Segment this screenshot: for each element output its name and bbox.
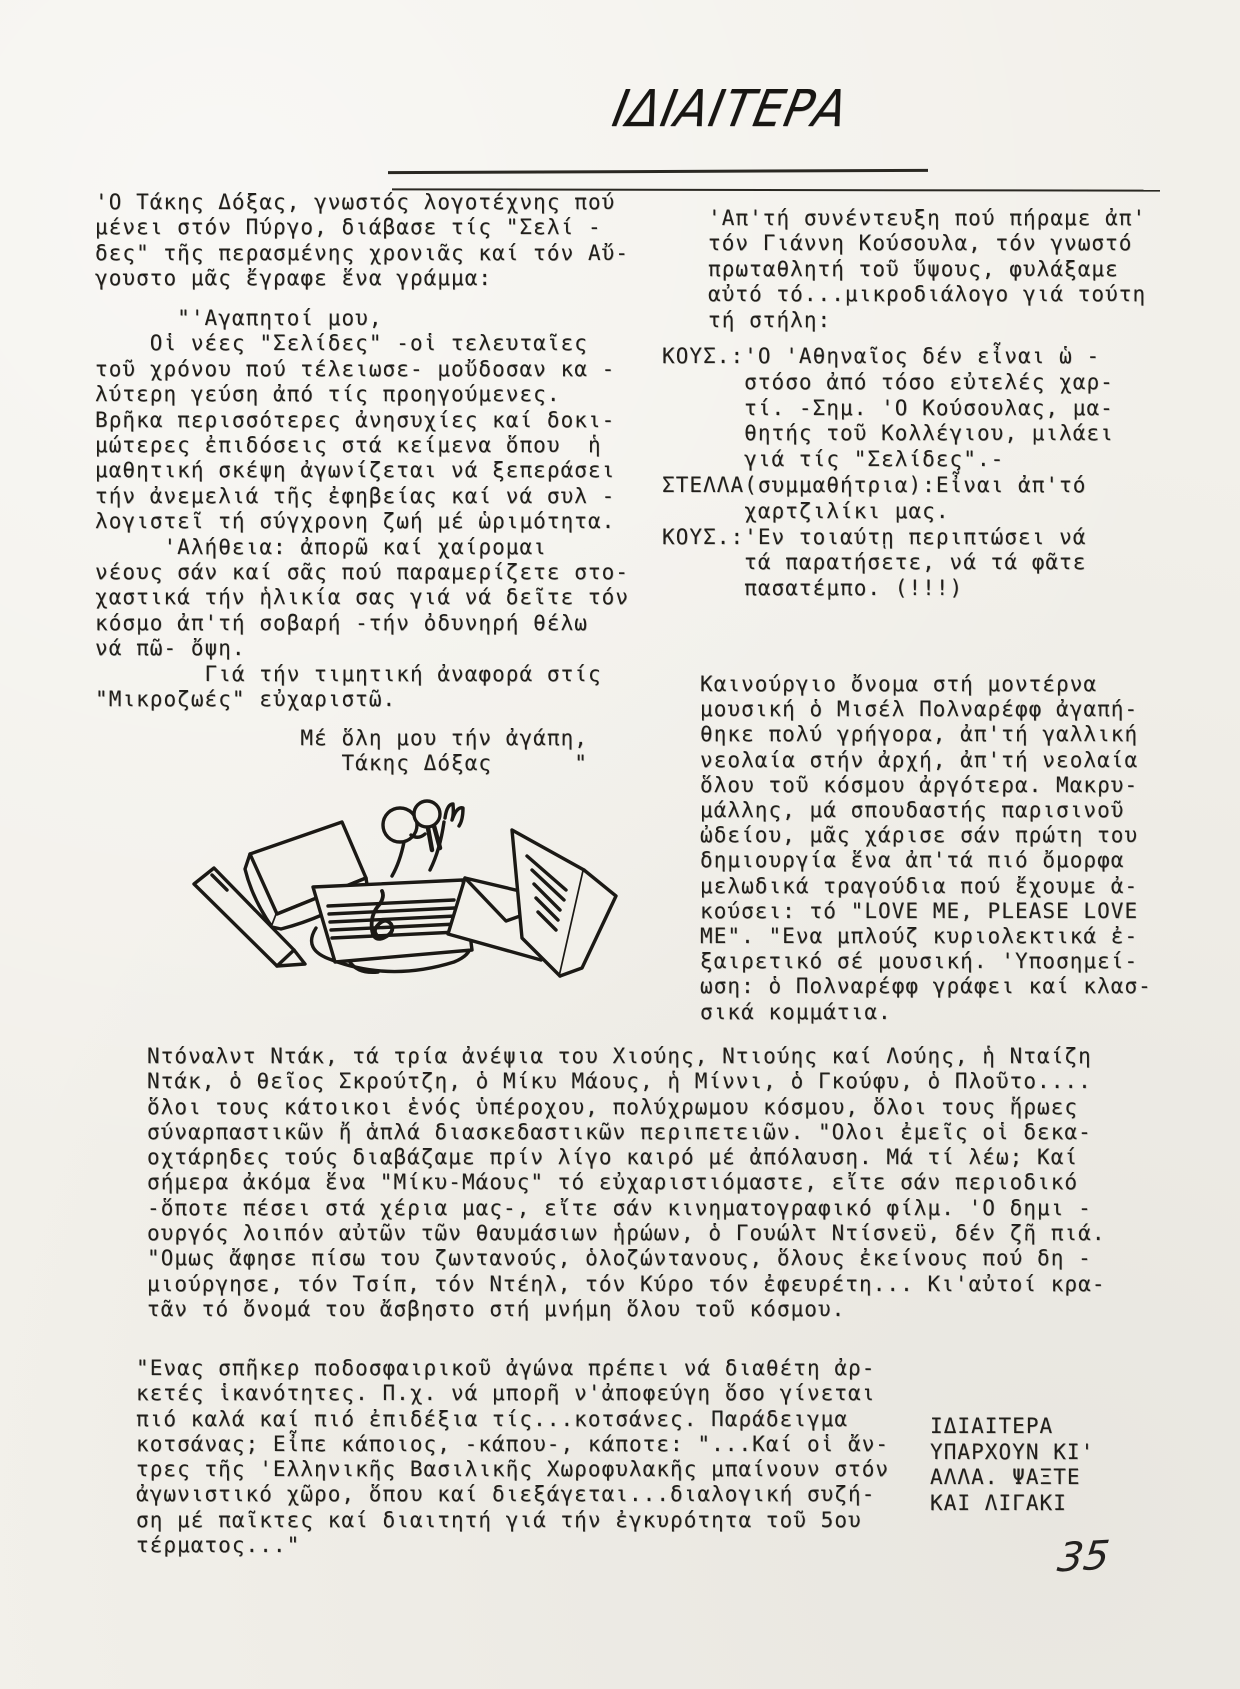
doxas-signature: Μέ ὅλη μου τήν ἀγάπη, Τάκης Δόξας ": [95, 726, 588, 777]
teaser-note: ΙΔΙΑΙΤΕΡΑ ΥΠΑΡΧΟΥΝ ΚΙ' ΑΛΛΑ. ΨΑΞΤΕ ΚΑΙ Λ…: [930, 1414, 1094, 1516]
disney-paragraph: Ντόναλντ Ντάκ, τά τρία ἀνέψια του Χιούης…: [147, 1044, 1106, 1322]
doxas-letter: "'Αγαπητοί μου, Οἱ νέες "Σελίδες" -οἱ τε…: [95, 306, 629, 713]
polnareff-paragraph: Καινούργιο ὄνομα στή μοντέρνα μουσική ὁ …: [700, 672, 1152, 1025]
title-underline-a: [388, 169, 928, 174]
interview-dialogue: ΚΟΥΣ.:'Ο 'Αθηναῖος δέν εἶναι ὡ - στόσο ἀ…: [662, 344, 1114, 602]
flower-sketch: [383, 801, 463, 876]
page-title: ΙΔΙΑΙΤΕΡΑ: [602, 80, 859, 139]
page-number: 35: [1055, 1533, 1112, 1582]
magazine-page: ΙΔΙΑΙΤΕΡΑ 'Ο Τάκης Δόξας, γνωστός λογοτέ…: [0, 0, 1240, 1689]
music-sheet-sketch: [313, 880, 472, 962]
speaker-paragraph: "Ενας σπῆκερ ποδοσφαιρικοῦ ἀγώνα πρέπει …: [136, 1356, 889, 1558]
doxas-intro: 'Ο Τάκης Δόξας, γνωστός λογοτέχνης πού μ…: [95, 190, 629, 292]
interview-intro: 'Απ'τή συνέντευξη πού πήραμε ἀπ' τόν Γιά…: [708, 206, 1146, 333]
still-life-illustration: Ι.77.: [182, 778, 630, 990]
